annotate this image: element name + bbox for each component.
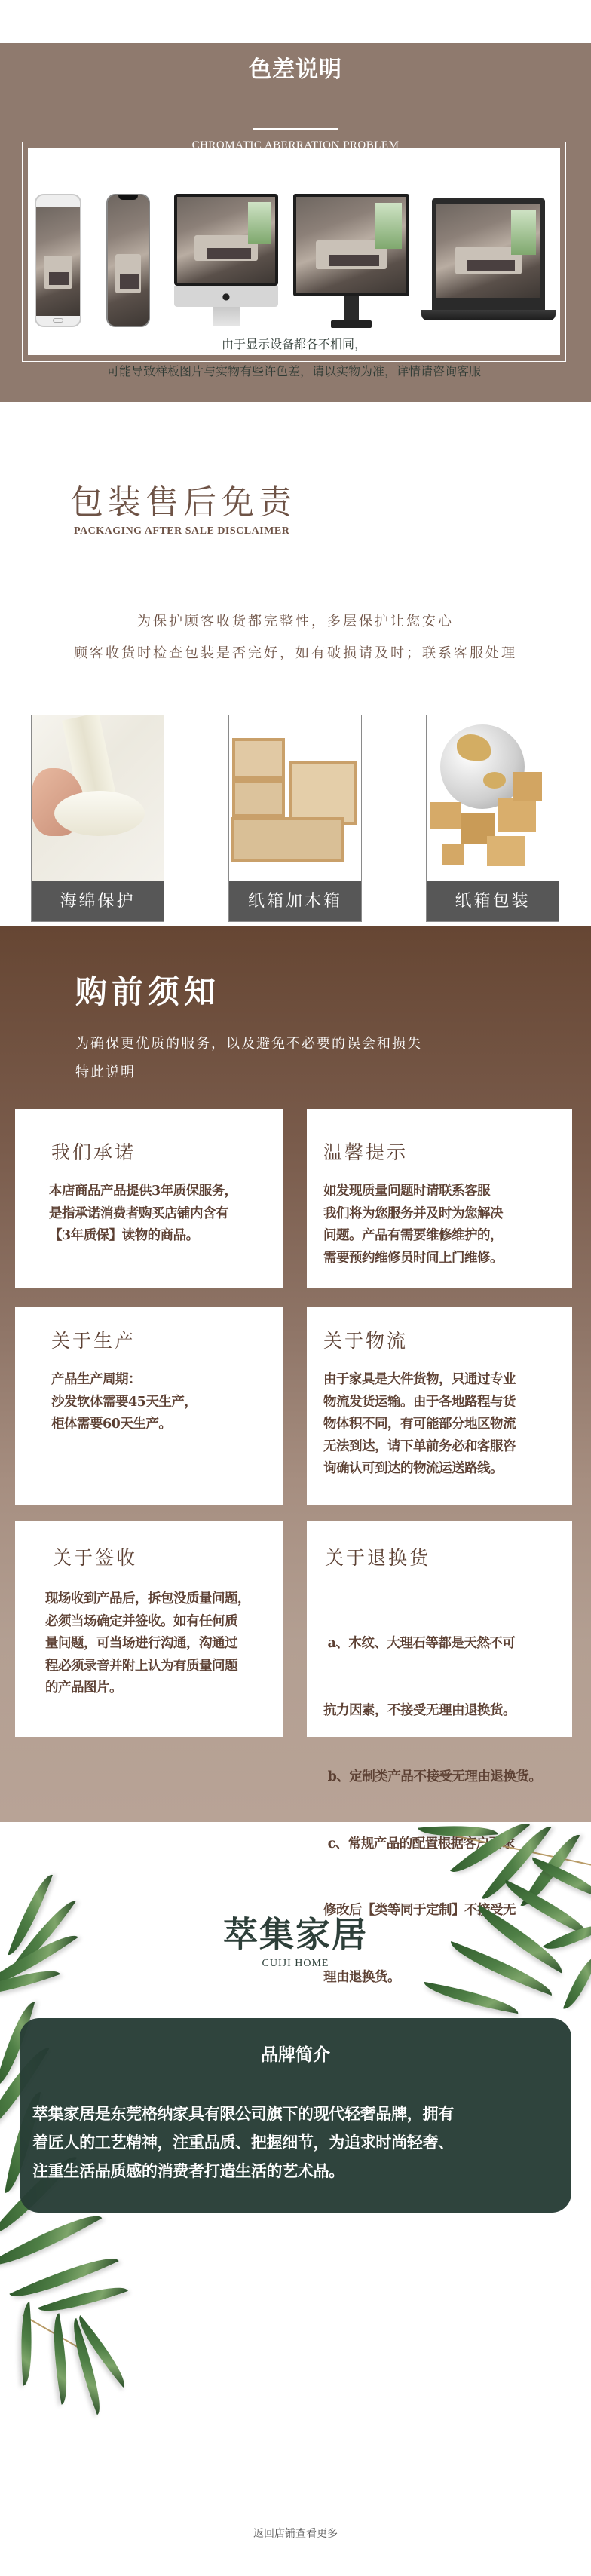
- note-title: 我们承诺: [51, 1138, 136, 1165]
- note-body: 如发现质量问题时请联系客服 我们将为您服务并及时为您解决 问题。产品有需要维修维…: [323, 1181, 503, 1270]
- note-card-logistics: 关于物流 由于家具是大件货物，只通过专业 物流发货运输。由于各地路程与货 物体积…: [307, 1307, 572, 1505]
- title-underline: [253, 128, 338, 130]
- imac-image: ●: [174, 194, 278, 329]
- packaging-label-foam: 海绵保护: [32, 881, 164, 921]
- note-card-returns: 关于退换货 a、木纹、大理石等都是天然不可 抗力因素，不接受无理由退换货。 b、…: [307, 1521, 572, 1737]
- brand-intro-text: 萃集家居是东莞格纳家具有限公司旗下的现代轻奢品牌，拥有 着匠人的工艺精神，注重品…: [32, 2100, 568, 2185]
- notice-subtitle-1: 为确保更优质的服务，以及避免不必要的误会和损失: [75, 1033, 422, 1052]
- brand-intro-box: 品牌简介 萃集家居是东莞格纳家具有限公司旗下的现代轻奢品牌，拥有 着匠人的工艺精…: [20, 2018, 571, 2213]
- note-title: 关于生产: [51, 1326, 136, 1353]
- packaging-subtitle: PACKAGING AFTER SALE DISCLAIMER: [74, 525, 289, 538]
- packaging-title: 包装售后免责: [70, 475, 296, 523]
- packaging-label-carton: 纸箱包装: [427, 881, 559, 921]
- packaging-card-crate: 纸箱加木箱: [228, 715, 362, 922]
- note-body: 现场收到产品后，拆包没质量问题， 必须当场确定并签收。如有任何质 量问题，可当场…: [45, 1588, 250, 1700]
- chromatic-line-2: 可能导致样板图片与实物有些许色差，请以实物为准，详情请咨询客服: [28, 362, 560, 379]
- chromatic-title: 色差说明: [0, 51, 591, 84]
- apple-logo-icon: ●: [174, 286, 278, 307]
- chromatic-line-1: 由于显示设备都各不相同，: [28, 335, 560, 352]
- packaging-card-carton: 纸箱包装: [426, 715, 559, 922]
- note-card-tips: 温馨提示 如发现质量问题时请联系客服 我们将为您服务并及时为您解决 问题。产品有…: [307, 1109, 572, 1288]
- note-title: 关于物流: [323, 1326, 408, 1353]
- brand-name: 萃集家居: [0, 1907, 591, 1957]
- packaging-label-crate: 纸箱加木箱: [229, 881, 361, 921]
- android-phone-image: [35, 194, 81, 327]
- chromatic-aberration-section: 色差说明 CHROMATIC ABERRATION PROBLEM ●: [0, 43, 591, 402]
- note-title: 温馨提示: [323, 1138, 408, 1165]
- note-body: 产品生产周期： 沙发软体需要45天生产， 柜体需要60天生产。: [51, 1369, 197, 1436]
- notice-title: 购前须知: [75, 967, 220, 1012]
- note-body: 由于家具是大件货物，只通过专业 物流发货运输。由于各地路程与货 物体积不同，有可…: [323, 1369, 516, 1481]
- desktop-monitor-image: [293, 194, 409, 329]
- note-card-signing: 关于签收 现场收到产品后，拆包没质量问题， 必须当场确定并签收。如有任何质 量问…: [15, 1521, 283, 1737]
- globe-with-boxes-image: [427, 715, 559, 883]
- brand-intro-title: 品牌简介: [20, 2041, 571, 2066]
- wooden-crates-image: [229, 715, 361, 883]
- note-card-production: 关于生产 产品生产周期： 沙发软体需要45天生产， 柜体需要60天生产。: [15, 1307, 283, 1505]
- devices-panel: ● 由于显示设备都各不相同， 可能导致样板图片与实物有些许色差，请以实物为准，详…: [28, 148, 560, 355]
- packaging-line-1: 为保护顾客收货都完整性，多层保护让您安心: [0, 611, 591, 630]
- laptop-image: [421, 198, 556, 323]
- back-to-store-link[interactable]: 返回店铺查看更多: [0, 2525, 591, 2541]
- note-title: 关于签收: [53, 1543, 137, 1570]
- iphone-image: [106, 194, 150, 327]
- pre-purchase-notice-section: 购前须知 为确保更优质的服务，以及避免不必要的误会和损失 特此说明 我们承诺 本…: [0, 926, 591, 1822]
- note-card-promise: 我们承诺 本店商品产品提供3年质保服务， 是指承诺消费者购买店铺内含有 【3年质…: [15, 1109, 283, 1288]
- packaging-card-foam: 海绵保护: [31, 715, 164, 922]
- packaging-line-2: 顾客收货时检查包装是否完好，如有破损请及时；联系客服处理: [0, 642, 591, 662]
- foam-sheet-image: [32, 715, 164, 883]
- note-title: 关于退换货: [325, 1543, 430, 1570]
- note-body: 本店商品产品提供3年质保服务， 是指承诺消费者购买店铺内含有 【3年质保】读物的…: [49, 1181, 237, 1248]
- brand-name-en: CUIJI HOME: [0, 1958, 591, 1970]
- notice-subtitle-2: 特此说明: [75, 1061, 136, 1081]
